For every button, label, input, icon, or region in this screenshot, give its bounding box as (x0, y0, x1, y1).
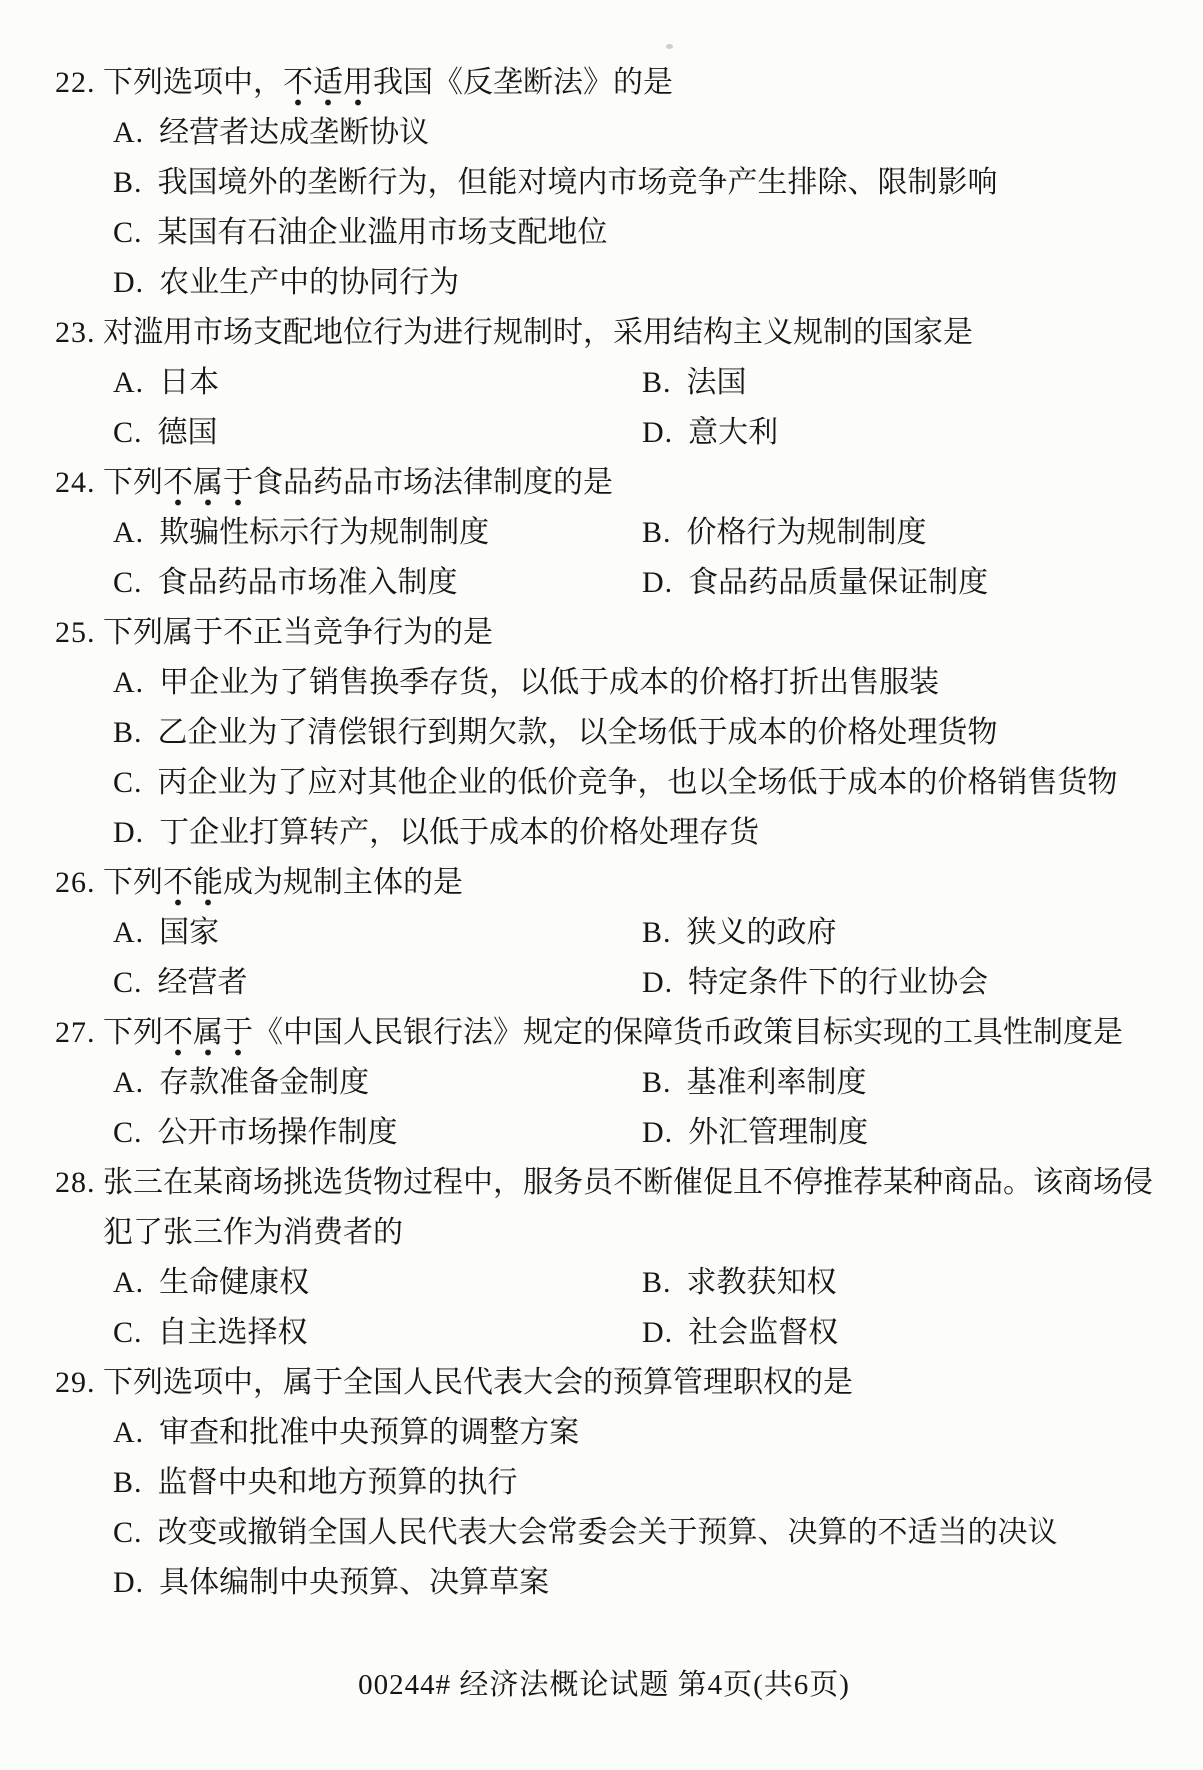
option: A.审查和批准中央预算的调整方案 (113, 1408, 1153, 1458)
option-group: A.经营者达成垄断协议B.我国境外的垄断行为，但能对境内市场竞争产生排除、限制影… (113, 108, 1153, 308)
option-label: B. (642, 366, 672, 399)
option-group: A.国家B.狭义的政府C.经营者D.特定条件下的行业协会 (113, 908, 1153, 1008)
stem-text: 下列 (103, 1016, 163, 1049)
option-label: B. (642, 916, 672, 949)
emphasized-text: 不适用 (283, 66, 373, 106)
question-stem: 张三在某商场挑选货物过程中，服务员不断催促且不停推荐某种商品。该商场侵犯了张三作… (103, 1158, 1153, 1258)
option-text: 求教获知权 (687, 1266, 837, 1299)
question-stem-row: 29.下列选项中，属于全国人民代表大会的预算管理职权的是 (55, 1358, 1153, 1408)
option: D.社会监督权 (642, 1308, 1153, 1358)
option-label: D. (113, 1566, 144, 1599)
option: C.德国 (113, 408, 642, 458)
option: C.改变或撤销全国人民代表大会常委会关于预算、决算的不适当的决议 (113, 1508, 1153, 1558)
emphasized-text: 不属于 (163, 466, 253, 506)
option-label: B. (113, 1466, 143, 1499)
option-label: C. (113, 1116, 143, 1149)
option: B.求教获知权 (642, 1258, 1153, 1308)
emphasized-text: 不能 (163, 866, 223, 906)
stem-text: 下列选项中，属于全国人民代表大会的预算管理职权的是 (103, 1366, 853, 1399)
option: C.公开市场操作制度 (113, 1108, 642, 1158)
question-stem: 对滥用市场支配地位行为进行规制时，采用结构主义规制的国家是 (103, 308, 1153, 358)
option: D.外汇管理制度 (642, 1108, 1153, 1158)
option-text: 我国境外的垄断行为，但能对境内市场竞争产生排除、限制影响 (158, 166, 998, 199)
option: A.欺骗性标示行为规制制度 (113, 508, 642, 558)
option-label: A. (113, 116, 144, 149)
option-text: 社会监督权 (688, 1316, 838, 1349)
option: A.生命健康权 (113, 1258, 642, 1308)
option: A.甲企业为了销售换季存货，以低于成本的价格打折出售服装 (113, 658, 1153, 708)
option-label: D. (642, 1116, 673, 1149)
question-stem: 下列不属于《中国人民银行法》规定的保障货币政策目标实现的工具性制度是 (103, 1008, 1153, 1058)
option-text: 监督中央和地方预算的执行 (158, 1466, 518, 1499)
question-stem-row: 27.下列不属于《中国人民银行法》规定的保障货币政策目标实现的工具性制度是 (55, 1008, 1153, 1058)
question-number: 25. (55, 608, 103, 658)
option-text: 基准利率制度 (687, 1066, 867, 1099)
question: 23.对滥用市场支配地位行为进行规制时，采用结构主义规制的国家是A.日本B.法国… (55, 308, 1153, 458)
stem-text: 成为规制主体的是 (223, 866, 463, 899)
option: A.国家 (113, 908, 642, 958)
option-text: 国家 (159, 916, 219, 949)
option: C.自主选择权 (113, 1308, 642, 1358)
option: B.价格行为规制制度 (642, 508, 1153, 558)
option-text: 丙企业为了应对其他企业的低价竞争，也以全场低于成本的价格销售货物 (158, 766, 1118, 799)
option-label: B. (113, 716, 143, 749)
question: 26.下列不能成为规制主体的是A.国家B.狭义的政府C.经营者D.特定条件下的行… (55, 858, 1153, 1008)
question-stem-row: 23.对滥用市场支配地位行为进行规制时，采用结构主义规制的国家是 (55, 308, 1153, 358)
option-label: C. (113, 966, 143, 999)
option-group: A.存款准备金制度B.基准利率制度C.公开市场操作制度D.外汇管理制度 (113, 1058, 1153, 1158)
option: A.日本 (113, 358, 642, 408)
question-number: 29. (55, 1358, 103, 1408)
option-label: A. (113, 916, 144, 949)
page-footer: 00244# 经济法概论试题 第4页(共6页) (55, 1660, 1153, 1710)
question: 25.下列属于不正当竞争行为的是A.甲企业为了销售换季存货，以低于成本的价格打折… (55, 608, 1153, 858)
question-number: 28. (55, 1158, 103, 1258)
option-label: B. (642, 1066, 672, 1099)
option-label: C. (113, 216, 143, 249)
option: D.具体编制中央预算、决算草案 (113, 1558, 1153, 1608)
option: D.意大利 (642, 408, 1153, 458)
stem-text: 《中国人民银行法》规定的保障货币政策目标实现的工具性制度是 (253, 1016, 1123, 1049)
question-number: 24. (55, 458, 103, 508)
option: C.某国有石油企业滥用市场支配地位 (113, 208, 1153, 258)
option-label: C. (113, 1316, 143, 1349)
question-stem: 下列选项中，不适用我国《反垄断法》的是 (103, 58, 1153, 108)
question-list: 22.下列选项中，不适用我国《反垄断法》的是A.经营者达成垄断协议B.我国境外的… (55, 58, 1153, 1608)
question-number: 26. (55, 858, 103, 908)
option: D.食品药品质量保证制度 (642, 558, 1153, 608)
option: D.丁企业打算转产，以低于成本的价格处理存货 (113, 808, 1153, 858)
question-stem-row: 25.下列属于不正当竞争行为的是 (55, 608, 1153, 658)
stem-text: 对滥用市场支配地位行为进行规制时，采用结构主义规制的国家是 (103, 316, 973, 349)
option-group: A.生命健康权B.求教获知权C.自主选择权D.社会监督权 (113, 1258, 1153, 1358)
option-label: B. (642, 1266, 672, 1299)
option-text: 农业生产中的协同行为 (159, 266, 459, 299)
option: D.特定条件下的行业协会 (642, 958, 1153, 1008)
option-label: A. (113, 1066, 144, 1099)
option-label: A. (113, 666, 144, 699)
option: B.法国 (642, 358, 1153, 408)
option-label: D. (642, 566, 673, 599)
option-text: 甲企业为了销售换季存货，以低于成本的价格打折出售服装 (159, 666, 939, 699)
question-stem-row: 22.下列选项中，不适用我国《反垄断法》的是 (55, 58, 1153, 108)
option-label: D. (113, 816, 144, 849)
question-stem-row: 26.下列不能成为规制主体的是 (55, 858, 1153, 908)
stem-text: 我国《反垄断法》的是 (373, 66, 673, 99)
option-label: C. (113, 766, 143, 799)
option-label: D. (642, 416, 673, 449)
option-text: 经营者达成垄断协议 (159, 116, 429, 149)
question-number: 23. (55, 308, 103, 358)
option-label: C. (113, 566, 143, 599)
option-text: 意大利 (688, 416, 778, 449)
option-text: 德国 (158, 416, 218, 449)
option: B.狭义的政府 (642, 908, 1153, 958)
question: 22.下列选项中，不适用我国《反垄断法》的是A.经营者达成垄断协议B.我国境外的… (55, 58, 1153, 308)
option-label: D. (113, 266, 144, 299)
option-text: 乙企业为了清偿银行到期欠款，以全场低于成本的价格处理货物 (158, 716, 998, 749)
option-label: A. (113, 1266, 144, 1299)
stem-text: 张三在某商场挑选货物过程中，服务员不断催促且不停推荐某种商品。该商场侵犯了张三作… (103, 1166, 1153, 1249)
stem-text: 下列选项中， (103, 66, 283, 99)
option-group: A.日本B.法国C.德国D.意大利 (113, 358, 1153, 458)
option-label: C. (113, 1516, 143, 1549)
option-text: 公开市场操作制度 (158, 1116, 398, 1149)
option: B.我国境外的垄断行为，但能对境内市场竞争产生排除、限制影响 (113, 158, 1153, 208)
emphasized-text: 不属于 (163, 1016, 253, 1056)
option-text: 具体编制中央预算、决算草案 (159, 1566, 549, 1599)
option-text: 经营者 (158, 966, 248, 999)
option-label: A. (113, 1416, 144, 1449)
question-stem: 下列不能成为规制主体的是 (103, 858, 1153, 908)
option-text: 食品药品市场准入制度 (158, 566, 458, 599)
stem-text: 下列 (103, 866, 163, 899)
option-label: C. (113, 416, 143, 449)
question-stem-row: 24.下列不属于食品药品市场法律制度的是 (55, 458, 1153, 508)
option-label: D. (642, 1316, 673, 1349)
option-group: A.审查和批准中央预算的调整方案B.监督中央和地方预算的执行C.改变或撤销全国人… (113, 1408, 1153, 1608)
stem-text: 下列 (103, 466, 163, 499)
option: C.丙企业为了应对其他企业的低价竞争，也以全场低于成本的价格销售货物 (113, 758, 1153, 808)
stem-text: 下列属于不正当竞争行为的是 (103, 616, 493, 649)
option-text: 某国有石油企业滥用市场支配地位 (158, 216, 608, 249)
question-stem: 下列选项中，属于全国人民代表大会的预算管理职权的是 (103, 1358, 1153, 1408)
option-text: 审查和批准中央预算的调整方案 (159, 1416, 579, 1449)
option: A.存款准备金制度 (113, 1058, 642, 1108)
option: B.监督中央和地方预算的执行 (113, 1458, 1153, 1508)
question: 27.下列不属于《中国人民银行法》规定的保障货币政策目标实现的工具性制度是A.存… (55, 1008, 1153, 1158)
option-text: 狭义的政府 (687, 916, 837, 949)
option-text: 欺骗性标示行为规制制度 (159, 516, 489, 549)
option-label: B. (113, 166, 143, 199)
option-label: A. (113, 366, 144, 399)
option-text: 存款准备金制度 (159, 1066, 369, 1099)
question-number: 22. (55, 58, 103, 108)
option: B.基准利率制度 (642, 1058, 1153, 1108)
option-text: 日本 (159, 366, 219, 399)
option-group: A.欺骗性标示行为规制制度B.价格行为规制制度C.食品药品市场准入制度D.食品药… (113, 508, 1153, 608)
question-stem: 下列属于不正当竞争行为的是 (103, 608, 1153, 658)
question-stem: 下列不属于食品药品市场法律制度的是 (103, 458, 1153, 508)
option: B.乙企业为了清偿银行到期欠款，以全场低于成本的价格处理货物 (113, 708, 1153, 758)
question: 28.张三在某商场挑选货物过程中，服务员不断催促且不停推荐某种商品。该商场侵犯了… (55, 1158, 1153, 1358)
option-group: A.甲企业为了销售换季存货，以低于成本的价格打折出售服装B.乙企业为了清偿银行到… (113, 658, 1153, 858)
option-text: 改变或撤销全国人民代表大会常委会关于预算、决算的不适当的决议 (158, 1516, 1058, 1549)
option: C.经营者 (113, 958, 642, 1008)
option-text: 特定条件下的行业协会 (688, 966, 988, 999)
question: 24.下列不属于食品药品市场法律制度的是A.欺骗性标示行为规制制度B.价格行为规… (55, 458, 1153, 608)
option-text: 价格行为规制制度 (687, 516, 927, 549)
option-label: A. (113, 516, 144, 549)
option-text: 生命健康权 (159, 1266, 309, 1299)
stem-text: 食品药品市场法律制度的是 (253, 466, 613, 499)
question: 29.下列选项中，属于全国人民代表大会的预算管理职权的是A.审查和批准中央预算的… (55, 1358, 1153, 1608)
exam-page: 22.下列选项中，不适用我国《反垄断法》的是A.经营者达成垄断协议B.我国境外的… (0, 0, 1203, 1770)
option-text: 食品药品质量保证制度 (688, 566, 988, 599)
option-text: 自主选择权 (158, 1316, 308, 1349)
option: A.经营者达成垄断协议 (113, 108, 1153, 158)
scan-artifact-dot (666, 44, 673, 49)
option-text: 法国 (687, 366, 747, 399)
option-text: 外汇管理制度 (688, 1116, 868, 1149)
question-stem-row: 28.张三在某商场挑选货物过程中，服务员不断催促且不停推荐某种商品。该商场侵犯了… (55, 1158, 1153, 1258)
option: C.食品药品市场准入制度 (113, 558, 642, 608)
option: D.农业生产中的协同行为 (113, 258, 1153, 308)
question-number: 27. (55, 1008, 103, 1058)
option-label: D. (642, 966, 673, 999)
option-text: 丁企业打算转产，以低于成本的价格处理存货 (159, 816, 759, 849)
option-label: B. (642, 516, 672, 549)
